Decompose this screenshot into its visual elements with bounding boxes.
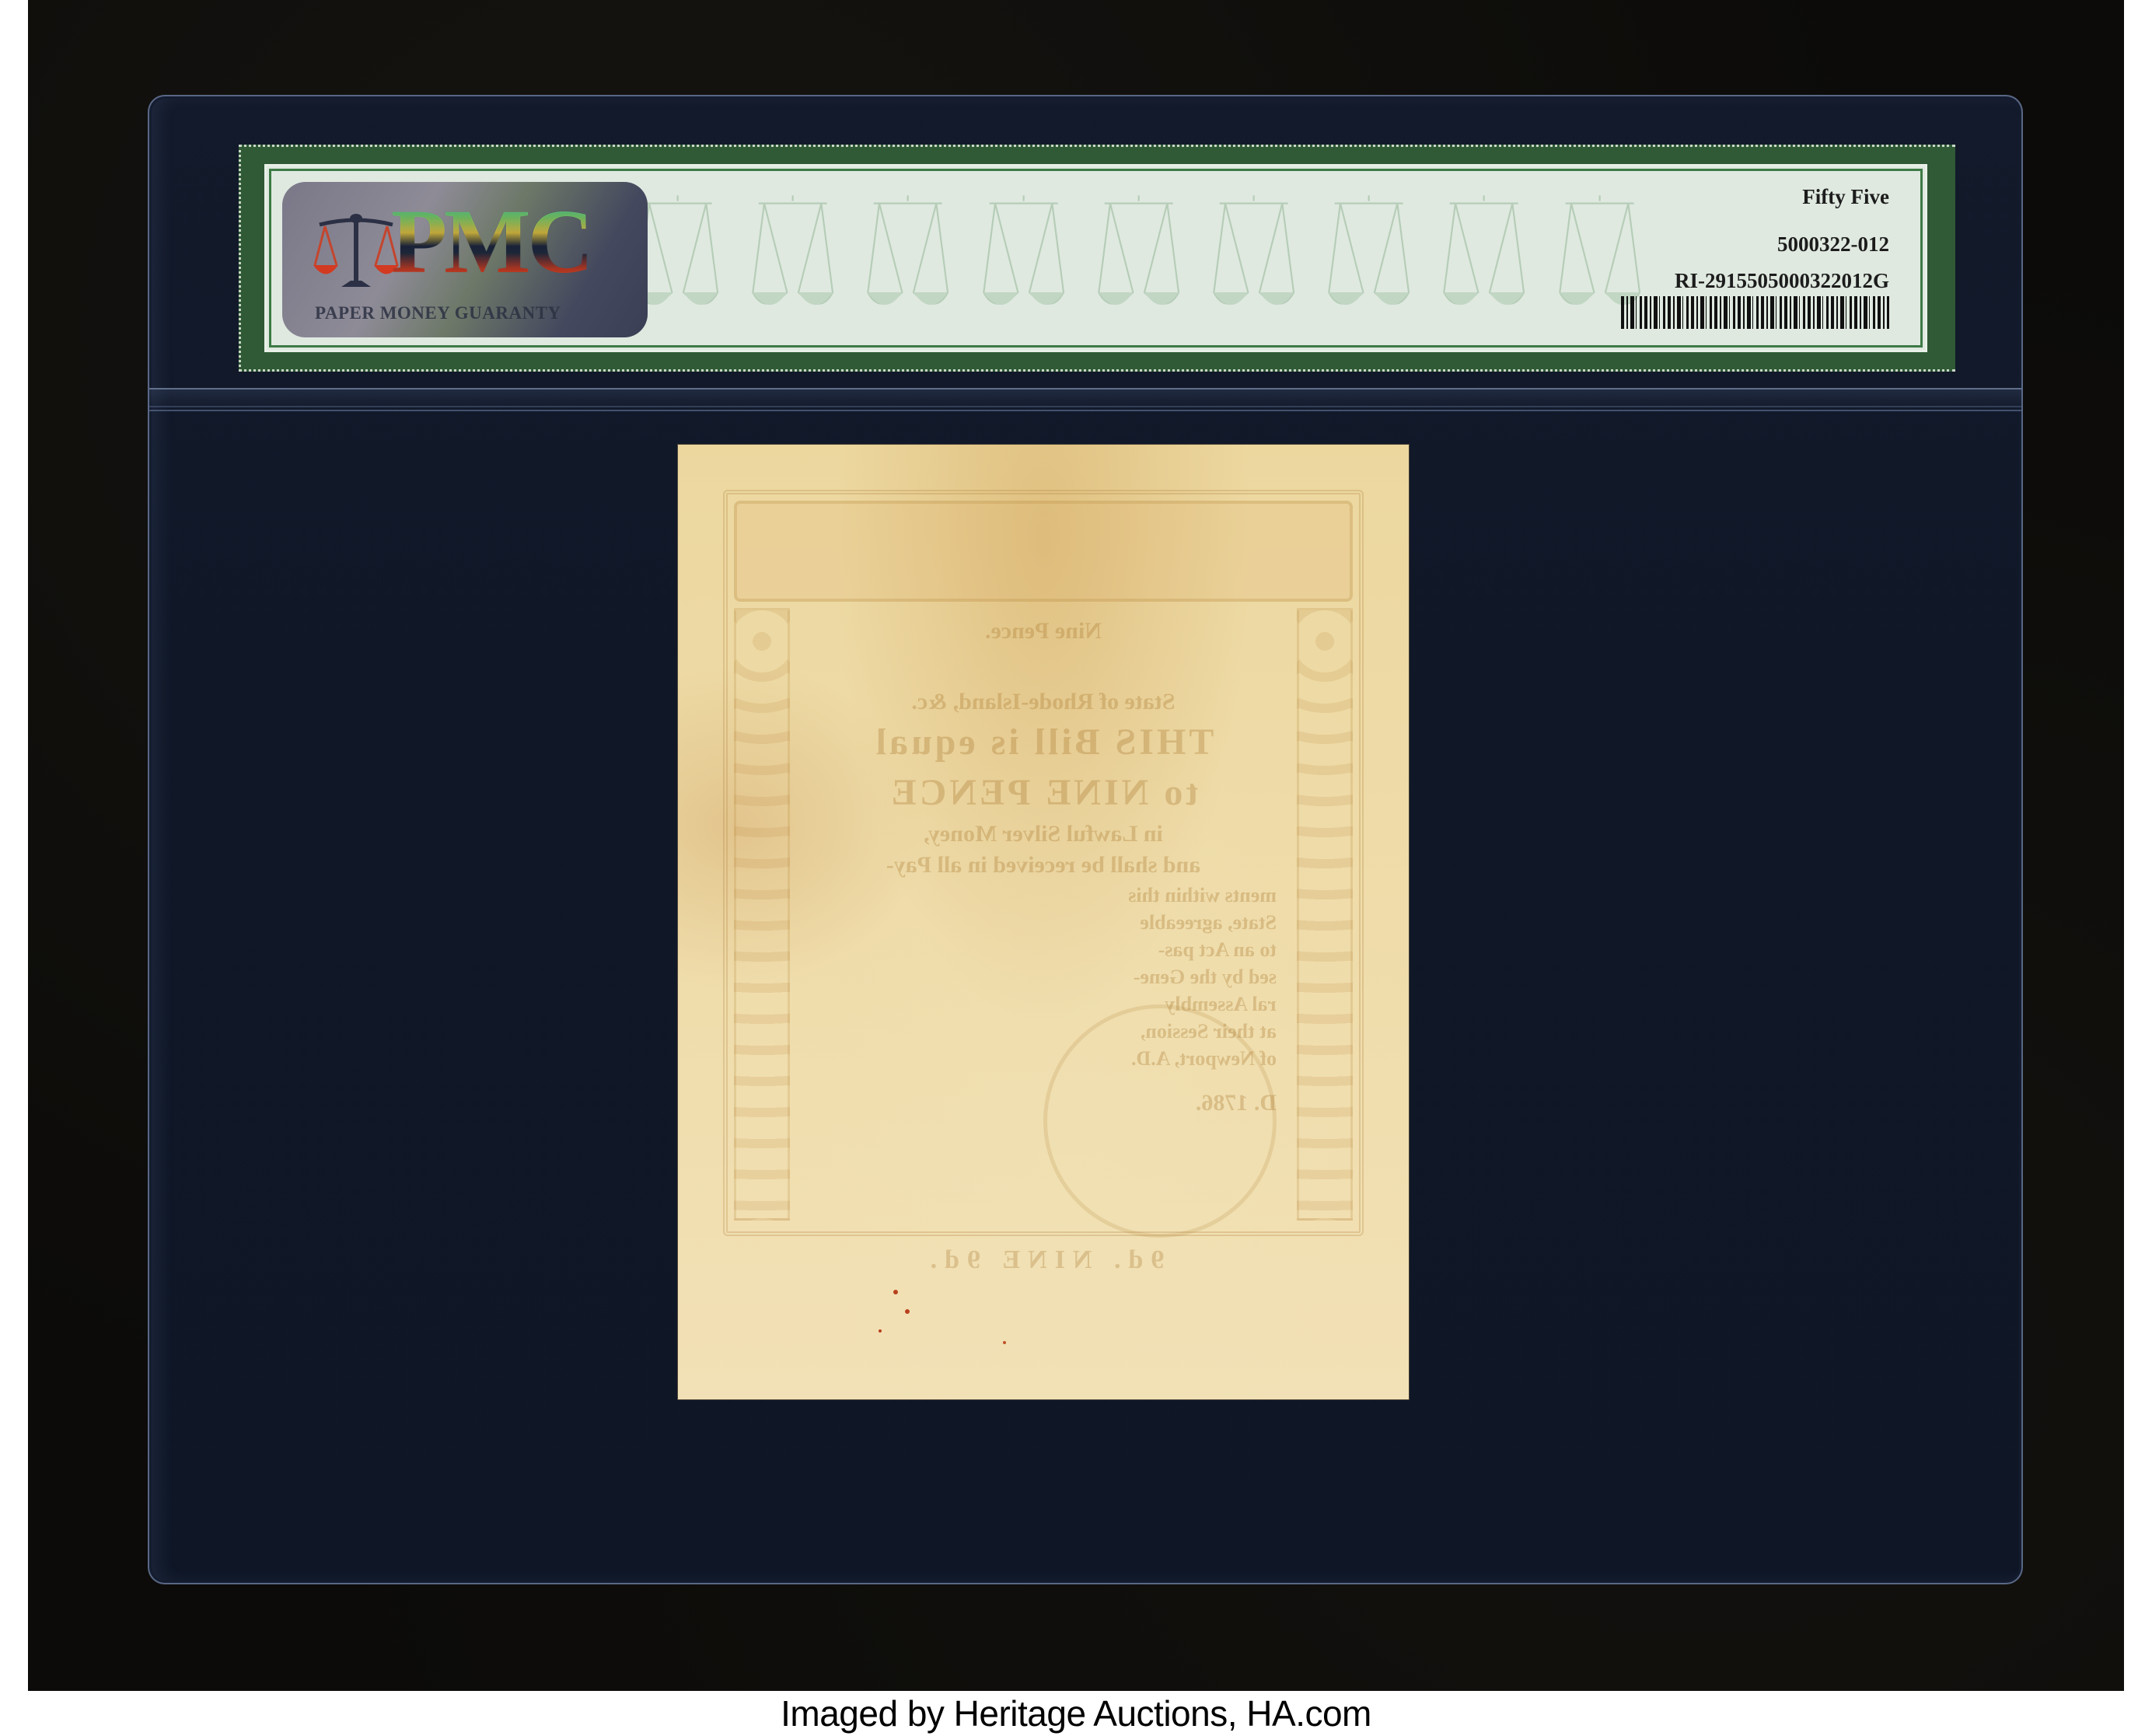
ink-specks — [833, 1269, 1028, 1385]
grade-text: Fifty Five — [1621, 187, 1889, 208]
holder-seam-line — [149, 406, 2021, 407]
holder-seal-seam — [149, 388, 2021, 411]
show-through-line: State of Rhode-Island, &c. — [810, 686, 1277, 718]
image-credit: Imaged by Heritage Auctions, HA.com — [0, 1691, 2152, 1736]
scales-watermark-icon — [1438, 190, 1529, 327]
show-through-line: State, agreeable — [810, 909, 1277, 936]
scales-watermark-pattern — [632, 190, 1645, 327]
show-through-line: and shall be received in all Pay- — [810, 850, 1277, 882]
show-through-line: sed by the Gene- — [810, 963, 1277, 990]
banknote-back: Nine Pence. State of Rhode-Island, &c. T… — [678, 445, 1409, 1399]
scales-watermark-icon — [978, 190, 1069, 327]
show-through-line: Nine Pence. — [810, 616, 1277, 648]
show-through-line: to an Act pas- — [810, 936, 1277, 963]
show-through-date: D. 1786. — [810, 1088, 1277, 1119]
note-left-ornament — [734, 608, 790, 1221]
grading-label: PMC PAPER MONEY GUARANTY Fifty Five 5000… — [239, 145, 1955, 372]
scales-watermark-icon — [747, 190, 838, 327]
scales-watermark-icon — [1093, 190, 1184, 327]
note-top-vignette — [734, 501, 1353, 602]
scales-watermark-icon — [862, 190, 953, 327]
catalog-code: RI-2915505000322012G — [1621, 271, 1889, 292]
show-through-line: in Lawful Silver Money, — [810, 819, 1277, 851]
show-through-line: to NINE PENCE — [810, 768, 1277, 819]
pmc-logo-text: PMC — [391, 196, 591, 288]
scales-watermark-icon — [1323, 190, 1414, 327]
show-through-line: at their Session, — [810, 1018, 1277, 1045]
show-through-line: ments within this — [810, 882, 1277, 909]
note-show-through-text: Nine Pence. State of Rhode-Island, &c. T… — [810, 616, 1277, 1119]
show-through-line: THIS Bill is equal — [810, 718, 1277, 768]
cert-number: 5000322-012 — [1621, 234, 1889, 255]
scales-watermark-icon — [1208, 190, 1299, 327]
barcode-icon — [1621, 296, 1889, 329]
show-through-line: of Newport, A.D. — [810, 1045, 1277, 1072]
scales-of-justice-icon — [313, 209, 399, 295]
note-right-ornament — [1297, 608, 1353, 1221]
pmc-tagline: PAPER MONEY GUARANTY — [315, 303, 561, 323]
show-through-line: ral Assembly — [810, 990, 1277, 1018]
label-panel: PMC PAPER MONEY GUARANTY Fifty Five 5000… — [264, 164, 1927, 352]
pmc-hologram-logo: PMC PAPER MONEY GUARANTY — [282, 182, 648, 337]
grade-info: Fifty Five 5000322-012 RI-29155050003220… — [1621, 187, 1889, 329]
